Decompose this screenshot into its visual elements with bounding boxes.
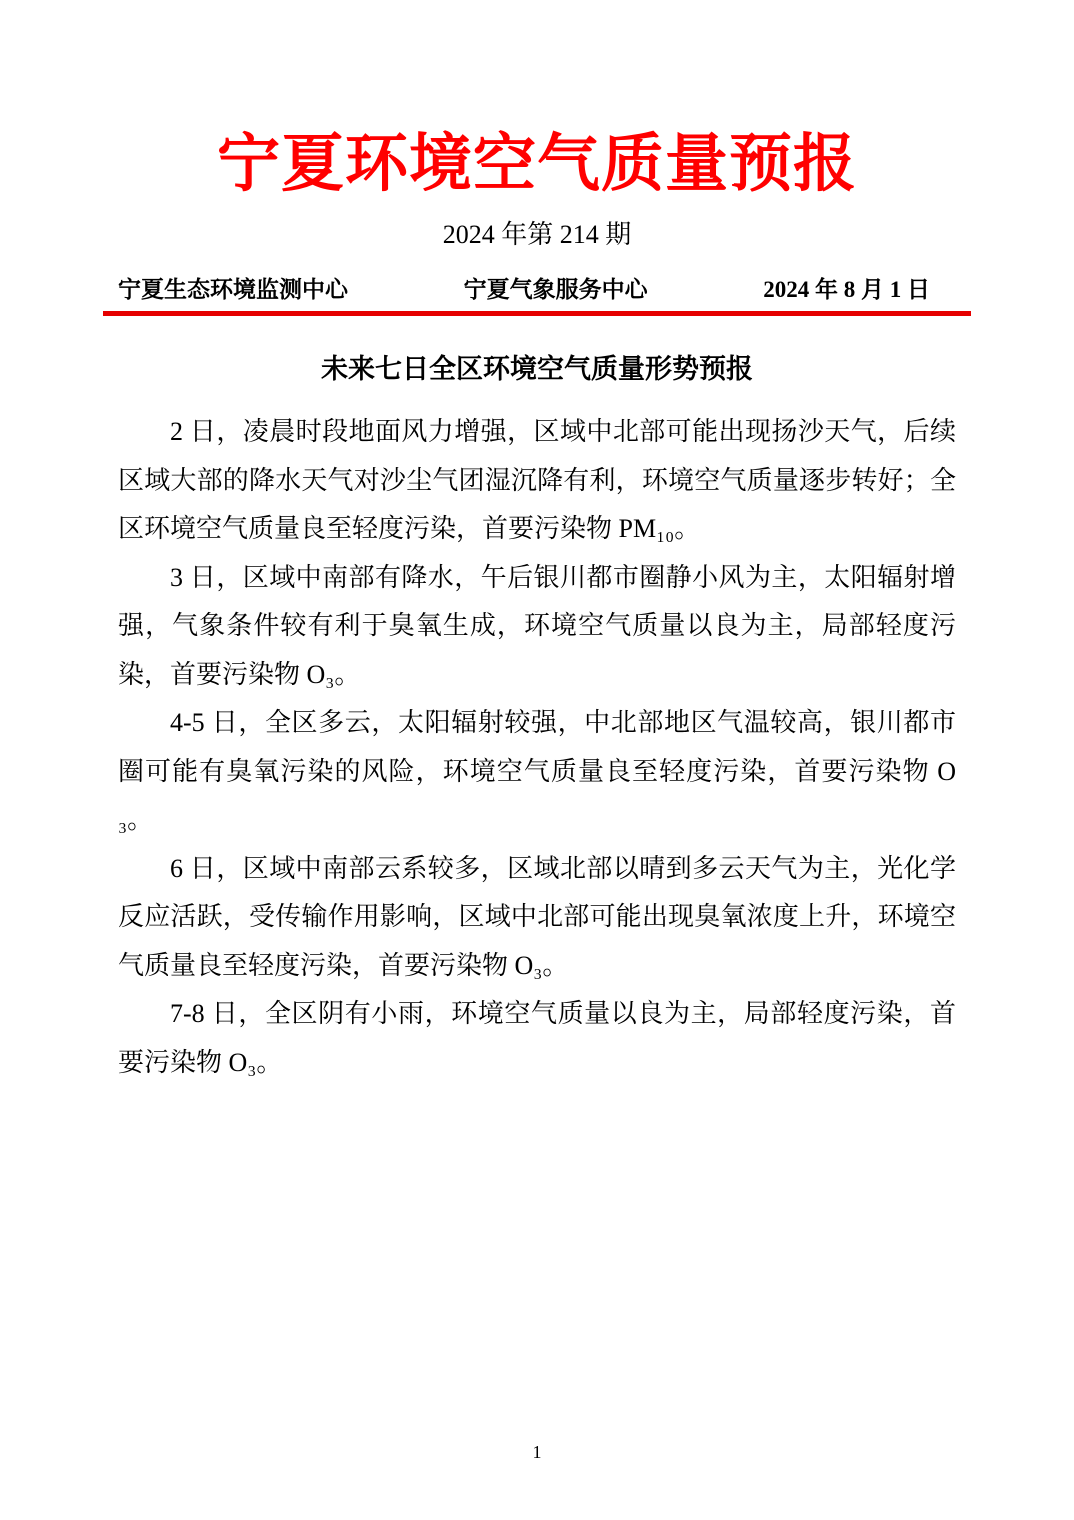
- red-divider-rule: [103, 311, 971, 316]
- org-weather-service-center: 宁夏气象服务中心: [464, 276, 648, 304]
- forecast-paragraph-day3: 3 日，区域中南部有降水，午后银川都市圈静小风为主，太阳辐射增强，气象条件较有利…: [118, 554, 956, 700]
- section-title: 未来七日全区环境空气质量形势预报: [118, 352, 956, 386]
- forecast-paragraph-day7-8: 7-8 日，全区阴有小雨，环境空气质量以良为主，局部轻度污染，首要污染物 O₃。: [118, 990, 956, 1087]
- forecast-paragraph-day6: 6 日，区域中南部云系较多，区域北部以晴到多云天气为主，光化学反应活跃，受传输作…: [118, 845, 956, 991]
- org-monitoring-center: 宁夏生态环境监测中心: [118, 276, 348, 304]
- document-page: 宁夏环境空气质量预报 2024 年第 214 期 宁夏生态环境监测中心 宁夏气象…: [0, 0, 1074, 1520]
- masthead-org-row: 宁夏生态环境监测中心 宁夏气象服务中心 2024 年 8 月 1 日: [118, 276, 956, 304]
- page-number: 1: [0, 1442, 1074, 1462]
- issue-number-line: 2024 年第 214 期: [118, 220, 956, 250]
- document-title: 宁夏环境空气质量预报: [118, 0, 956, 206]
- issue-date: 2024 年 8 月 1 日: [763, 276, 930, 304]
- forecast-paragraph-day2: 2 日，凌晨时段地面风力增强，区域中北部可能出现扬沙天气，后续区域大部的降水天气…: [118, 408, 956, 554]
- page-content: 宁夏环境空气质量预报 2024 年第 214 期 宁夏生态环境监测中心 宁夏气象…: [0, 0, 1074, 1087]
- forecast-body: 2 日，凌晨时段地面风力增强，区域中北部可能出现扬沙天气，后续区域大部的降水天气…: [118, 408, 956, 1087]
- forecast-paragraph-day4-5: 4-5 日，全区多云，太阳辐射较强，中北部地区气温较高，银川都市圈可能有臭氧污染…: [118, 699, 956, 845]
